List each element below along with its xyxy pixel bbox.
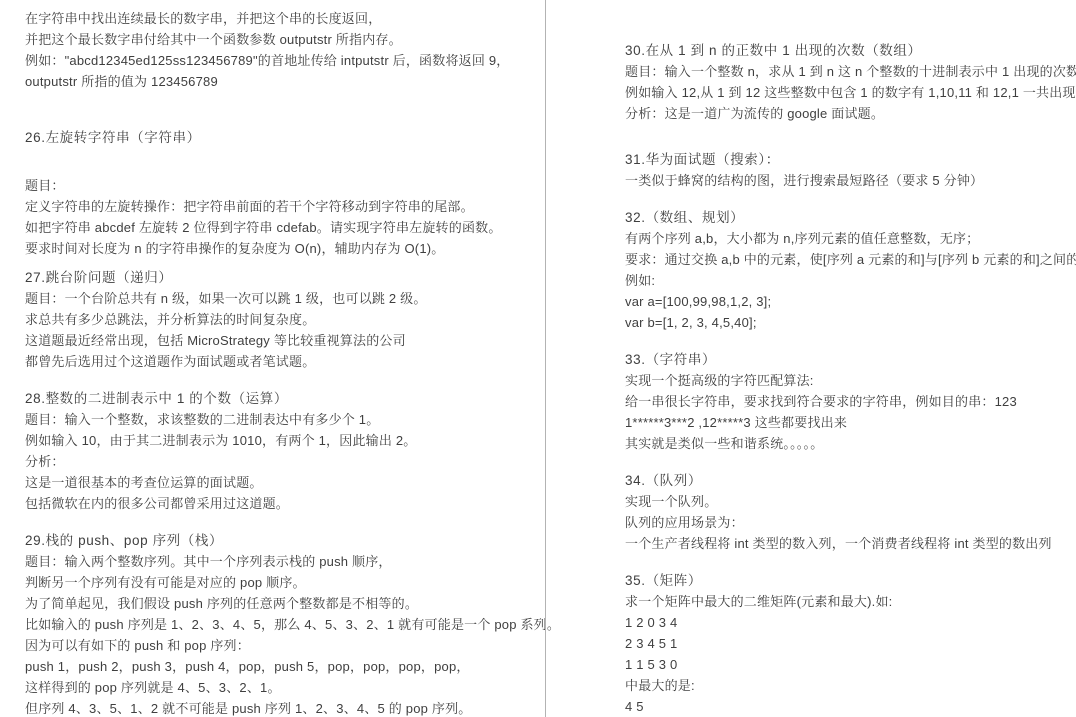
section-heading: 32.（数组、规划）	[625, 207, 1073, 228]
text-line: 给一串很长字符串，要求找到符合要求的字符串，例如目的串：123	[625, 391, 1073, 412]
text-line: 例如输入 10，由于其二进制表示为 1010，有两个 1，因此输出 2。	[25, 430, 537, 451]
paragraph-block: 实现一个队列。队列的应用场景为：一个生产者线程将 int 类型的数入列，一个消费…	[625, 491, 1073, 554]
section-heading: 29.栈的 push、pop 序列（栈）	[25, 530, 537, 551]
text-line: 中最大的是:	[625, 675, 1073, 696]
paragraph-block: 求一个矩阵中最大的二维矩阵(元素和最大).如:1 2 0 3 42 3 4 5 …	[625, 591, 1073, 717]
text-line: 28.整数的二进制表示中 1 的个数（运算）	[25, 388, 537, 409]
text-line: 31.华为面试题（搜索）：	[625, 149, 1073, 170]
text-line: 题目：输入两个整数序列。其中一个序列表示栈的 push 顺序，	[25, 551, 537, 572]
text-line: 要求时间对长度为 n 的字符串操作的复杂度为 O(n)，辅助内存为 O(1)。	[25, 238, 537, 259]
section-heading: 34.（队列）	[625, 470, 1073, 491]
text-line: 有两个序列 a,b，大小都为 n,序列元素的值任意整数，无序；	[625, 228, 1073, 249]
text-line: 这道题最近经常出现，包括 MicroStrategy 等比较重视算法的公司	[25, 330, 537, 351]
section-heading: 26.左旋转字符串（字符串）	[25, 127, 537, 148]
text-line: 4 5	[625, 696, 1073, 717]
text-line: 为了简单起见，我们假设 push 序列的任意两个整数都是不相等的。	[25, 593, 537, 614]
text-line: outputstr 所指的值为 123456789	[25, 71, 537, 92]
text-line: 27.跳台阶问题（递归）	[25, 267, 537, 288]
text-line: 题目：	[25, 175, 537, 196]
paragraph-block: 题目：一个台阶总共有 n 级，如果一次可以跳 1 级，也可以跳 2 级。求总共有…	[25, 288, 537, 372]
text-line: 35.（矩阵）	[625, 570, 1073, 591]
text-line: 实现一个挺高级的字符匹配算法:	[625, 370, 1073, 391]
text-line: 1 2 0 3 4	[625, 612, 1073, 633]
paragraph-block: 实现一个挺高级的字符匹配算法:给一串很长字符串，要求找到符合要求的字符串，例如目…	[625, 370, 1073, 454]
text-line: 定义字符串的左旋转操作：把字符串前面的若干个字符移动到字符串的尾部。	[25, 196, 537, 217]
section-heading: 33.（字符串）	[625, 349, 1073, 370]
text-line: 分析：这是一道广为流传的 google 面试题。	[625, 103, 1073, 124]
text-line: 题目：一个台阶总共有 n 级，如果一次可以跳 1 级，也可以跳 2 级。	[25, 288, 537, 309]
text-line: push 1，push 2，push 3，push 4，pop，push 5，p…	[25, 656, 537, 677]
paragraph-block: 题目：定义字符串的左旋转操作：把字符串前面的若干个字符移动到字符串的尾部。如把字…	[25, 175, 537, 259]
text-line: 2 3 4 5 1	[625, 633, 1073, 654]
text-line: 求总共有多少总跳法，并分析算法的时间复杂度。	[25, 309, 537, 330]
text-line: 1 1 5 3 0	[625, 654, 1073, 675]
paragraph-block: 题目：输入两个整数序列。其中一个序列表示栈的 push 顺序，判断另一个序列有没…	[25, 551, 537, 717]
text-line: 33.（字符串）	[625, 349, 1073, 370]
text-line: 30.在从 1 到 n 的正数中 1 出现的次数（数组）	[625, 40, 1073, 61]
section-heading: 28.整数的二进制表示中 1 的个数（运算）	[25, 388, 537, 409]
text-line: 因为可以有如下的 push 和 pop 序列：	[25, 635, 537, 656]
text-line: 但序列 4、3、5、1、2 就不可能是 push 序列 1、2、3、4、5 的 …	[25, 698, 537, 717]
text-line: 如把字符串 abcdef 左旋转 2 位得到字符串 cdefab。请实现字符串左…	[25, 217, 537, 238]
text-line: 题目：输入一个整数 n，求从 1 到 n 这 n 个整数的十进制表示中 1 出现…	[625, 61, 1073, 82]
text-line: 例如:	[625, 270, 1073, 291]
section-heading: 27.跳台阶问题（递归）	[25, 267, 537, 288]
text-line: 例如输入 12,从 1 到 12 这些整数中包含 1 的数字有 1,10,11 …	[625, 82, 1073, 103]
section-heading: 30.在从 1 到 n 的正数中 1 出现的次数（数组）	[625, 40, 1073, 61]
paragraph-block: 在字符串中找出连续最长的数字串，并把这个串的长度返回，并把这个最长数字串付给其中…	[25, 8, 537, 92]
text-line: 这样得到的 pop 序列就是 4、5、3、2、1。	[25, 677, 537, 698]
text-line: 29.栈的 push、pop 序列（栈）	[25, 530, 537, 551]
text-line: 其实就是类似一些和谐系统。。。。。	[625, 433, 1073, 454]
text-line: 1******3***2 ,12*****3 这些都要找出来	[625, 412, 1073, 433]
section-heading: 31.华为面试题（搜索）：	[625, 149, 1073, 170]
text-line: 这是一道很基本的考查位运算的面试题。	[25, 472, 537, 493]
text-line: 一个生产者线程将 int 类型的数入列，一个消费者线程将 int 类型的数出列	[625, 533, 1073, 554]
text-line: 比如输入的 push 序列是 1、2、3、4、5，那么 4、5、3、2、1 就有…	[25, 614, 537, 635]
text-line: var b=[1, 2, 3, 4,5,40];	[625, 312, 1073, 333]
text-line: 题目：输入一个整数，求该整数的二进制表达中有多少个 1。	[25, 409, 537, 430]
text-line: 判断另一个序列有没有可能是对应的 pop 顺序。	[25, 572, 537, 593]
left-text-column: 在字符串中找出连续最长的数字串，并把这个串的长度返回，并把这个最长数字串付给其中…	[25, 8, 537, 717]
text-line: 并把这个最长数字串付给其中一个函数参数 outputstr 所指内存。	[25, 29, 537, 50]
document-page: 在字符串中找出连续最长的数字串，并把这个串的长度返回，并把这个最长数字串付给其中…	[0, 0, 1076, 717]
text-line: 要求：通过交换 a,b 中的元素，使[序列 a 元素的和]与[序列 b 元素的和…	[625, 249, 1073, 270]
text-line: 队列的应用场景为：	[625, 512, 1073, 533]
paragraph-block: 一类似于蜂窝的结构的图，进行搜索最短路径（要求 5 分钟）	[625, 170, 1073, 191]
text-line: 包括微软在内的很多公司都曾采用过这道题。	[25, 493, 537, 514]
right-text-column: 30.在从 1 到 n 的正数中 1 出现的次数（数组）题目：输入一个整数 n，…	[625, 40, 1073, 717]
text-line: 34.（队列）	[625, 470, 1073, 491]
text-line: 实现一个队列。	[625, 491, 1073, 512]
paragraph-block: 题目：输入一个整数 n，求从 1 到 n 这 n 个整数的十进制表示中 1 出现…	[625, 61, 1073, 124]
section-heading: 35.（矩阵）	[625, 570, 1073, 591]
text-line: var a=[100,99,98,1,2, 3];	[625, 291, 1073, 312]
text-line: 26.左旋转字符串（字符串）	[25, 127, 537, 148]
text-line: 例如："abcd12345ed125ss123456789"的首地址传给 int…	[25, 50, 537, 71]
text-line: 一类似于蜂窝的结构的图，进行搜索最短路径（要求 5 分钟）	[625, 170, 1073, 191]
text-line: 32.（数组、规划）	[625, 207, 1073, 228]
column-divider-line	[545, 0, 546, 717]
paragraph-block: 有两个序列 a,b，大小都为 n,序列元素的值任意整数，无序；要求：通过交换 a…	[625, 228, 1073, 333]
text-line: 在字符串中找出连续最长的数字串，并把这个串的长度返回，	[25, 8, 537, 29]
paragraph-block: 题目：输入一个整数，求该整数的二进制表达中有多少个 1。例如输入 10，由于其二…	[25, 409, 537, 514]
text-line: 都曾先后选用过个这道题作为面试题或者笔试题。	[25, 351, 537, 372]
text-line: 求一个矩阵中最大的二维矩阵(元素和最大).如:	[625, 591, 1073, 612]
text-line: 分析：	[25, 451, 537, 472]
